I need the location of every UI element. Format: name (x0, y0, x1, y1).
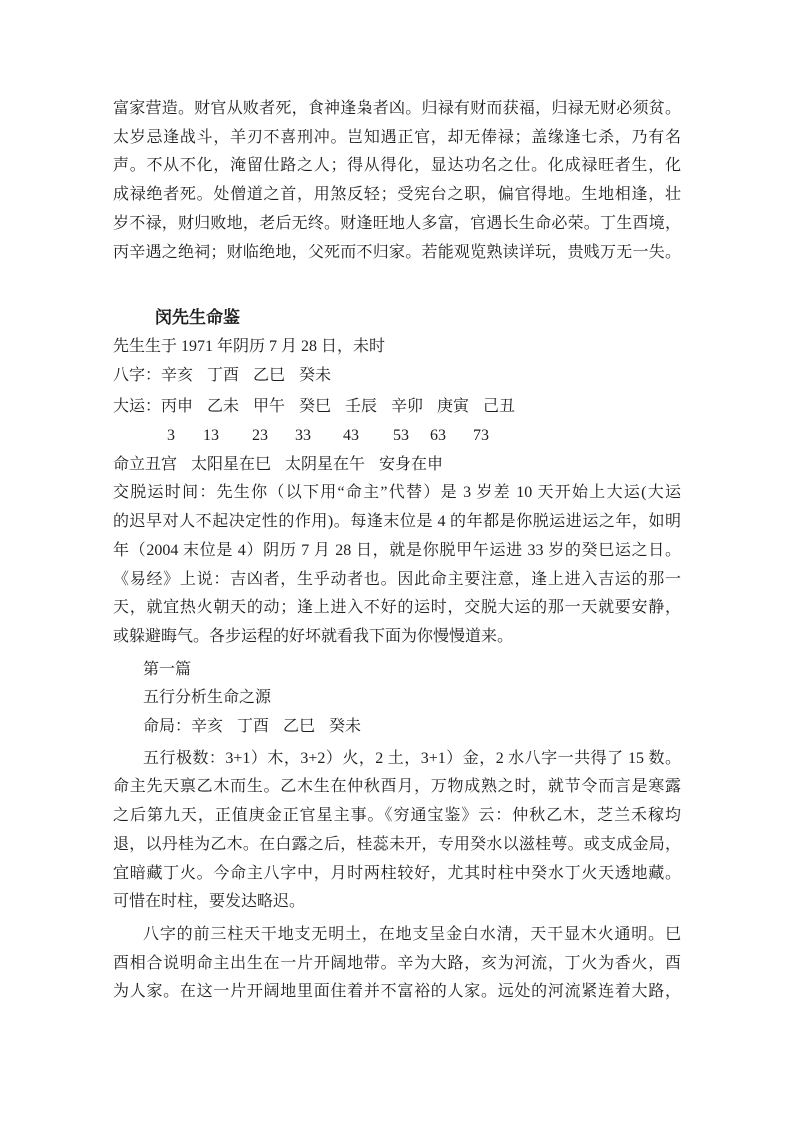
text-line: 为人家。在这一片开阔地里面住着并不富裕的人家。远处的河流紧连着大路， (113, 978, 681, 1007)
text-line: 交脱运时间：先生你（以下用“命主”代替）是 3 岁差 10 天开始上大运(大运 (113, 479, 681, 508)
section-title: 五行分析生命之源 (113, 684, 681, 713)
wuxing-paragraph: 五行极数：3+1）木，3+2）火，2 土，3+1）金，2 水八字一共得了 15 … (113, 745, 681, 917)
text-line: 声。不从不化，淹留仕路之人；得从得化，显达功名之仕。化成禄旺者生，化 (113, 152, 681, 181)
text-line: 五行极数：3+1）木，3+2）火，2 土，3+1）金，2 水八字一共得了 15 … (113, 745, 681, 774)
report-title: 闵先生命鉴 (113, 304, 681, 333)
text-line: 可惜在时柱，要发达略迟。 (113, 888, 681, 917)
text-column: 富家营造。财官从败者死，食神逢枭者凶。归禄有财而获福，归禄无财必须贫。 太岁忌逢… (113, 0, 681, 1007)
dayun-age: 13 (203, 422, 219, 451)
dayun-age: 33 (295, 422, 311, 451)
text-line: 丙辛遇之绝祠；财临绝地，父死而不归家。若能观览熟读详玩，贵贱万无一失。 (113, 239, 681, 268)
part-label: 第一篇 (113, 656, 681, 685)
text-line: 八字的前三柱天干地支无明土，在地支呈金白水清，天干显木火通明。巳 (113, 921, 681, 950)
birth-date-line: 先生生于 1971 年阴历 7 月 28 日，未时 (113, 333, 681, 362)
document-page: 富家营造。财官从败者死，食神逢枭者凶。归禄有财而获福，归禄无财必须贫。 太岁忌逢… (0, 0, 793, 1122)
dayun-pillars-line: 大运：丙申 乙未 甲午 癸巳 壬辰 辛卯 庚寅 己丑 (113, 393, 681, 422)
bazi-line: 八字：辛亥 丁酉 乙巳 癸未 (113, 362, 681, 391)
text-line: 酉相合说明命主出生在一片开阔地带。辛为大路，亥为河流，丁火为香火，酉 (113, 950, 681, 979)
text-line: 命主先天禀乙木而生。乙木生在仲秋酉月，万物成熟之时，就节令而言是寒露 (113, 773, 681, 802)
jiaotuo-paragraph: 交脱运时间：先生你（以下用“命主”代替）是 3 岁差 10 天开始上大运(大运 … (113, 479, 681, 651)
imagery-paragraph: 八字的前三柱天干地支无明土，在地支呈金白水清，天干显木火通明。巳 酉相合说明命主… (113, 921, 681, 1007)
dayun-age: 63 (430, 422, 446, 451)
text-line: 宜暗藏丁火。今命主八字中，月时两柱较好，尤其时柱中癸水丁火天透地藏。 (113, 860, 681, 889)
dayun-age: 23 (252, 422, 268, 451)
text-line: 年（2004 末位是 4）阴历 7 月 28 日，就是你脱甲午运进 33 岁的癸… (113, 537, 681, 566)
text-line: 天，就宜热火朝天的动；逢上进入不好的运时，交脱大运的那一天就要安静， (113, 594, 681, 623)
dayun-age: 73 (473, 422, 489, 451)
text-line: 太岁忌逢战斗，羊刃不喜刑冲。岂知遇正官，却无俸禄；盖缘逢七杀，乃有名 (113, 124, 681, 153)
text-line: 《易经》上说：吉凶者，生乎动者也。因此命主要注意，逢上进入吉运的那一 (113, 566, 681, 595)
text-line: 岁不禄，财归败地，老后无终。财逢旺地人多富，官遇长生命必荣。丁生酉境， (113, 210, 681, 239)
text-line: 成禄绝者死。处僧道之首，用煞反轻；受宪台之职，偏官得地。生地相逢，壮 (113, 181, 681, 210)
text-line: 之后第九天，正值庚金正官星主事。《穷通宝鉴》云：仲秋乙木，芝兰禾稼均 (113, 802, 681, 831)
text-line: 退，以丹桂为乙木。在白露之后，桂蕊未开，专用癸水以滋桂萼。或支成金局， (113, 831, 681, 860)
text-line: 富家营造。财官从败者死，食神逢枭者凶。归禄有财而获福，归禄无财必须贫。 (113, 95, 681, 124)
mingju-line: 命局：辛亥 丁酉 乙巳 癸未 (113, 713, 681, 742)
text-line: 的迟早对人不起决定性的作用)。每逢末位是 4 的年都是你脱运进运之年，如明 (113, 508, 681, 537)
dayun-ages-line: 3 13 23 33 43 53 63 73 (113, 422, 681, 451)
intro-paragraph: 富家营造。财官从败者死，食神逢枭者凶。归禄有财而获福，归禄无财必须贫。 太岁忌逢… (113, 0, 681, 267)
dayun-age: 3 (167, 422, 175, 451)
text-line: 或躲避晦气。各步运程的好坏就看我下面为你慢慢道来。 (113, 623, 681, 652)
dayun-age: 53 (393, 422, 409, 451)
dayun-age: 43 (343, 422, 359, 451)
palace-line: 命立丑宫 太阳星在巳 太阴星在午 安身在申 (113, 451, 681, 480)
